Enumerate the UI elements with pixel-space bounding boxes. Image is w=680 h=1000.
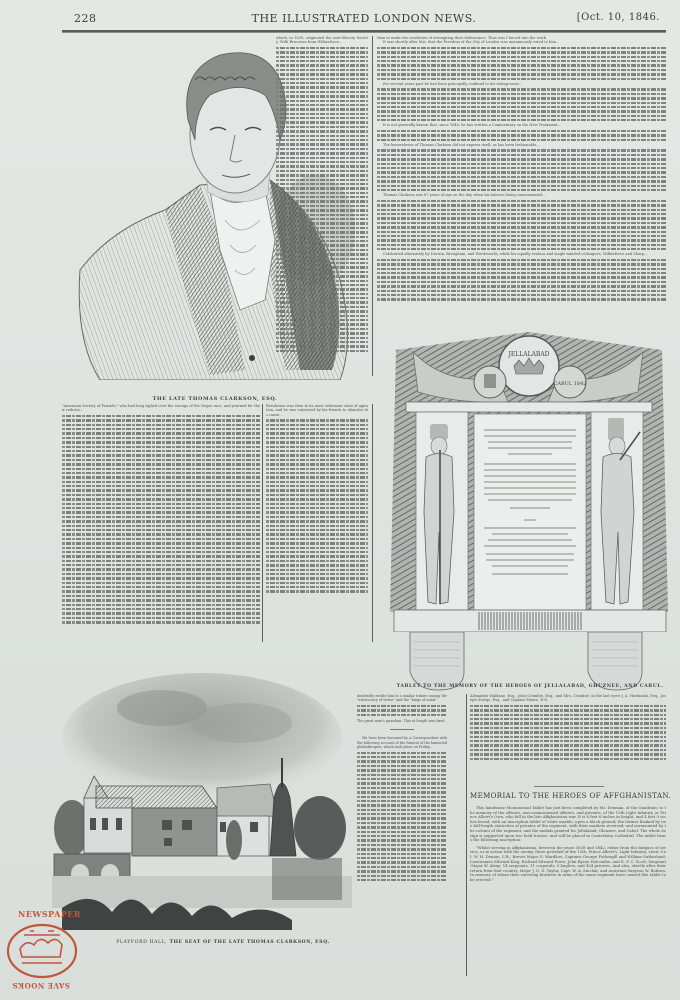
- text-lines: [377, 149, 667, 191]
- article-paragraph: It is not generally known that, since 18…: [377, 123, 667, 127]
- text-lines: [470, 705, 666, 760]
- memorial-headline: MEMORIAL TO THE HEROES OF AFFGHANISTAN.: [470, 792, 666, 800]
- article-column-clarkson-d: Revolution was then in its most vehement…: [266, 404, 368, 644]
- article-paragraph: For several years past he had been princ…: [377, 82, 667, 86]
- memorial-tablet-image: JELLALABAD CABUL 1842: [388, 332, 670, 632]
- article-text: "American Society of Friends," who had l…: [62, 404, 260, 413]
- article-paragraph: Thomas Clarkson was 87 years of age on t…: [377, 193, 667, 197]
- column-rule: [372, 404, 373, 642]
- text-lines: [62, 415, 260, 624]
- archive-stamp: NEWSPAPER SAVE NOOKS: [2, 905, 88, 995]
- article-paragraph: The benevolence of Thomas Clarkson did n…: [377, 143, 667, 147]
- quote-text: The great man's guardian. This at length…: [357, 719, 447, 723]
- article-column-funeral-cont: Alexander Haldane, Esq., John Crombie, E…: [470, 694, 666, 776]
- masthead-rule: [62, 30, 666, 33]
- text-lines: [377, 200, 667, 251]
- text-lines: [377, 259, 667, 301]
- house-caption-prefix: PLAYFORD HALL,: [116, 940, 167, 945]
- text-lines: [266, 419, 368, 593]
- monument-illustration: JELLALABAD CABUL 1842: [388, 332, 670, 632]
- text-lines: [276, 47, 368, 352]
- column-rule: [372, 36, 373, 376]
- issue-date: [Oct. 10, 1846.: [577, 12, 660, 23]
- text-lines: [377, 130, 667, 141]
- article-column-clarkson-b: then to make the resolution of attemptin…: [377, 36, 667, 326]
- memorial-inscription: "Whilst serving in Affghanistan, between…: [470, 846, 666, 883]
- article-paragraph: Celebrated alternately by Darwin, Brough…: [377, 252, 667, 256]
- house-caption-text: THE SEAT OF THE LATE THOMAS CLARKSON, ES…: [170, 940, 330, 945]
- text-lines: [357, 752, 447, 882]
- text-lines: [377, 47, 667, 80]
- text-lines: [357, 705, 447, 716]
- newspaper-page: 228 THE ILLUSTRATED LONDON NEWS. [Oct. 1…: [0, 0, 680, 1000]
- article-text: Alexander Haldane, Esq., John Crombie, E…: [470, 694, 666, 703]
- article-column-clarkson-a: which, in 1839, originated the Anti-Slav…: [276, 36, 368, 381]
- section-rule: [534, 786, 604, 787]
- portrait-caption: THE LATE THOMAS CLARKSON, ESQ.: [70, 396, 360, 402]
- text-lines: [377, 88, 667, 121]
- masthead: 228 THE ILLUSTRATED LONDON NEWS. [Oct. 1…: [64, 12, 664, 28]
- column-rule: [262, 404, 263, 642]
- stamp-top-text: NEWSPAPER: [18, 909, 81, 919]
- house-caption: PLAYFORD HALL, THE SEAT OF THE LATE THOM…: [98, 940, 348, 945]
- memorial-body: This handsome Monumental Tablet has just…: [470, 806, 666, 843]
- playford-hall-image: [52, 668, 352, 930]
- monument-caption: TABLET TO THE MEMORY OF THE HEROES OF JE…: [390, 684, 670, 689]
- article-column-memorial: This handsome Monumental Tablet has just…: [470, 806, 666, 976]
- article-paragraph: We have been favoured by a Correspondent…: [357, 736, 447, 749]
- article-column-funeral: doubtedly entitle him to a similar tribu…: [357, 694, 447, 974]
- article-paragraph: It was shortly after this, that the Free…: [377, 40, 667, 44]
- medallion-text: JELLALABAD: [508, 351, 550, 358]
- article-text: which, in 1839, originated the Anti-Slav…: [276, 36, 368, 45]
- shield-text: CABUL 1842: [554, 381, 587, 387]
- article-text: Revolution was then in its most vehement…: [266, 404, 368, 417]
- publication-title: THE ILLUSTRATED LONDON NEWS.: [64, 12, 664, 25]
- section-rule: [390, 729, 414, 730]
- article-column-clarkson-c: "American Society of Friends," who had l…: [62, 404, 260, 644]
- article-text: doubtedly entitle him to a similar tribu…: [357, 694, 447, 703]
- house-illustration: [52, 668, 352, 930]
- stamp-bottom-text: SAVE NOOKS: [12, 981, 70, 990]
- column-rule: [466, 694, 467, 976]
